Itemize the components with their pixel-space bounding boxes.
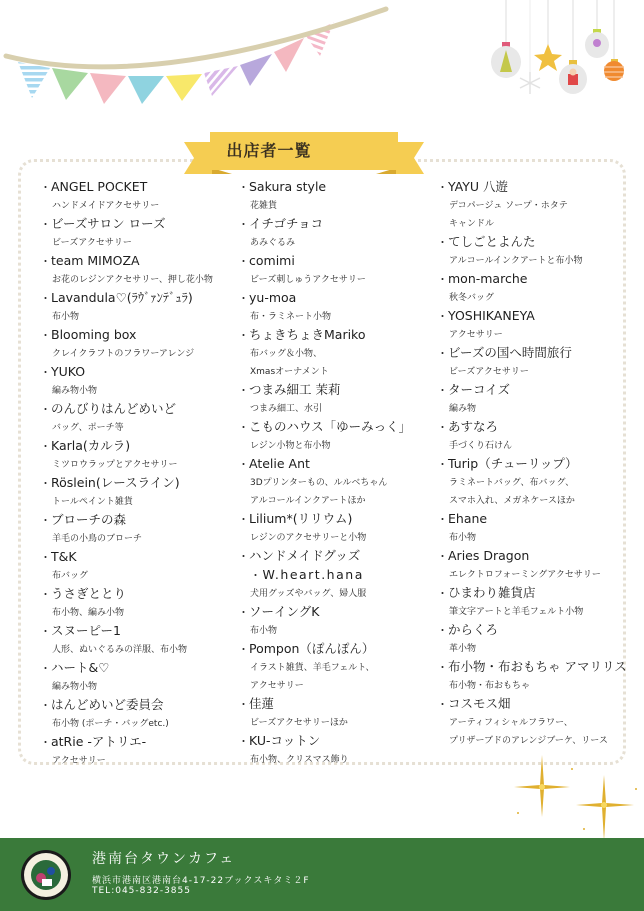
vendor-desc: 革小物	[437, 640, 637, 658]
list-item: 佳蓮ビーズアクセサリーほか	[238, 695, 438, 732]
vendor-name: ちょきちょきMariko	[238, 326, 438, 345]
vendor-desc: 花雑貨	[238, 197, 438, 215]
list-item: team MIMOZAお花のレジンアクセサリー、押し花小物	[40, 252, 240, 289]
list-item: Blooming boxクレイクラフトのフラワーアレンジ	[40, 326, 240, 363]
sparkle-icon	[514, 755, 634, 841]
vendor-name: ビーズの国へ時間旅行	[437, 344, 637, 363]
vendor-desc: 3Dプリンターもの、ルルベちゃん	[238, 474, 438, 492]
list-item: YAYU 八遊デコパージュ ソープ・ホタテキャンドル	[437, 178, 637, 233]
vendor-name: KU-コットン	[238, 732, 438, 751]
list-item: Karla(カルラ)ミツロウラップとアクセサリー	[40, 437, 240, 474]
vendor-desc: 布バッグ	[40, 567, 240, 585]
list-item: からくろ革小物	[437, 621, 637, 658]
list-item: Lavandula♡(ﾗｳﾞｧﾝﾃﾞｭﾗ)布小物	[40, 289, 240, 326]
list-item: ちょきちょきMariko布バッグ＆小物、Xmasオーナメント	[238, 326, 438, 381]
vendor-name: ビーズサロン ローズ	[40, 215, 240, 234]
vendor-name: からくろ	[437, 621, 637, 640]
footer: 港南台タウンカフェ 横浜市港南区港南台4-17-22ブックスキタミ２F TEL:…	[0, 838, 644, 911]
vendor-desc: Xmasオーナメント	[238, 363, 438, 381]
list-item: atRie -アトリエ-アクセサリー	[40, 733, 240, 770]
vendor-desc: 編み物	[437, 400, 637, 418]
vendor-name: ANGEL POCKET	[40, 178, 240, 197]
vendor-name: のんびりはんどめいど	[40, 400, 240, 419]
list-item: ANGEL POCKETハンドメイドアクセサリー	[40, 178, 240, 215]
vendor-desc: ビーズアクセサリーほか	[238, 714, 438, 732]
vendor-name: yu-moa	[238, 289, 438, 308]
vendor-desc: 秋冬バッグ	[437, 289, 637, 307]
vendor-desc: アクセサリー	[40, 752, 240, 770]
vendor-desc: レジンのアクセサリーと小物	[238, 529, 438, 547]
vendor-desc: アルコールインクアートほか	[238, 492, 438, 510]
vendor-desc: ラミネートバッグ、布バッグ、	[437, 474, 637, 492]
vendor-name: team MIMOZA	[40, 252, 240, 271]
vendor-desc: プリザーブドのアレンジブーケ、リース	[437, 732, 637, 750]
vendor-column-1: ANGEL POCKETハンドメイドアクセサリー ビーズサロン ローズビーズアク…	[40, 178, 240, 770]
vendor-name: てしごとよんた	[437, 233, 637, 252]
vendor-desc: 羊毛の小鳥のブローチ	[40, 530, 240, 548]
list-item: T&K布バッグ	[40, 548, 240, 585]
vendor-name: つまみ細工 茉莉	[238, 381, 438, 400]
list-item: スヌーピー1人形、ぬいぐるみの洋服、布小物	[40, 622, 240, 659]
list-item: ビーズの国へ時間旅行ビーズアクセサリー	[437, 344, 637, 381]
list-item: コスモス畑アーティフィシャルフラワー、プリザーブドのアレンジブーケ、リース	[437, 695, 637, 750]
list-item: ブローチの森羊毛の小鳥のブローチ	[40, 511, 240, 548]
list-item: ソーイングK布小物	[238, 603, 438, 640]
vendor-desc: アルコールインクアートと布小物	[437, 252, 637, 270]
vendor-name: Blooming box	[40, 326, 240, 345]
list-item: つまみ細工 茉莉つまみ細工、水引	[238, 381, 438, 418]
list-item: あすなろ手づくり石けん	[437, 418, 637, 455]
vendor-desc: レジン小物と布小物	[238, 437, 438, 455]
vendor-name: イチゴチョコ	[238, 215, 438, 234]
cafe-name: 港南台タウンカフェ	[92, 848, 235, 868]
vendor-name: はんどめいど委員会	[40, 696, 240, 715]
snowflake-icon	[520, 72, 540, 94]
vendor-name: あすなろ	[437, 418, 637, 437]
cafe-phone: TEL:045-832-3855	[92, 886, 191, 896]
vendor-name: YOSHIKANEYA	[437, 307, 637, 326]
vendor-desc: つまみ細工、水引	[238, 400, 438, 418]
vendor-desc: 布バッグ＆小物、	[238, 345, 438, 363]
vendor-name: こものハウス「ゆーみっく」	[238, 418, 438, 437]
vendor-desc: 手づくり石けん	[437, 437, 637, 455]
vendor-desc: 布小物	[238, 622, 438, 640]
list-item: comimiビーズ刺しゅうアクセサリー	[238, 252, 438, 289]
vendor-name: Röslein(レースライン)	[40, 474, 240, 493]
vendor-name: ハート&♡	[40, 659, 240, 678]
vendor-name: mon-marche	[437, 270, 637, 289]
vendor-name: 佳蓮	[238, 695, 438, 714]
list-item: ビーズサロン ローズビーズアクセサリー	[40, 215, 240, 252]
vendor-column-2: Sakura style花雑貨 イチゴチョコあみぐるみ comimiビーズ刺しゅ…	[238, 178, 438, 769]
vendor-name: ターコイズ	[437, 381, 637, 400]
vendor-name: ソーイングK	[238, 603, 438, 622]
vendor-desc: 布小物 (ポーチ・バッグetc.)	[40, 715, 240, 733]
list-item: Ehane布小物	[437, 510, 637, 547]
vendor-name: ブローチの森	[40, 511, 240, 530]
vendor-desc: ハンドメイドアクセサリー	[40, 197, 240, 215]
vendor-desc: イラスト雑貨、羊毛フェルト、	[238, 659, 438, 677]
vendor-desc: トールペイント雑貨	[40, 493, 240, 511]
vendor-column-3: YAYU 八遊デコパージュ ソープ・ホタテキャンドル てしごとよんたアルコールイ…	[437, 178, 637, 750]
list-item: ハンドメイドグッズW.heart.hana犬用グッズやバッグ、婦人服	[238, 547, 438, 603]
vendor-desc: バッグ、ポーチ等	[40, 419, 240, 437]
vendor-desc: デコパージュ ソープ・ホタテ	[437, 197, 637, 215]
vendor-name: comimi	[238, 252, 438, 271]
list-item: ひまわり雑貨店筆文字アートと羊毛フェルト小物	[437, 584, 637, 621]
list-item: ターコイズ編み物	[437, 381, 637, 418]
vendor-name: YAYU 八遊	[437, 178, 637, 197]
vendor-name: 布小物・布おもちゃ アマリリス	[437, 658, 637, 677]
list-item: イチゴチョコあみぐるみ	[238, 215, 438, 252]
vendor-name: Turip（チューリップ）	[437, 455, 637, 474]
vendor-desc: 布小物	[437, 529, 637, 547]
list-item: YUKO編み物小物	[40, 363, 240, 400]
list-item: Atelie Ant3Dプリンターもの、ルルベちゃんアルコールインクアートほか	[238, 455, 438, 510]
list-item: ハート&♡編み物小物	[40, 659, 240, 696]
vendor-desc: お花のレジンアクセサリー、押し花小物	[40, 271, 240, 289]
vendor-desc: 布・ラミネート小物	[238, 308, 438, 326]
vendor-name: ひまわり雑貨店	[437, 584, 637, 603]
vendor-name: atRie -アトリエ-	[40, 733, 240, 752]
vendor-desc: 布小物、編み小物	[40, 604, 240, 622]
vendor-name: コスモス畑	[437, 695, 637, 714]
list-item: こものハウス「ゆーみっく」レジン小物と布小物	[238, 418, 438, 455]
list-item: Sakura style花雑貨	[238, 178, 438, 215]
vendor-name: Atelie Ant	[238, 455, 438, 474]
list-item: Pompon（ぽんぽん）イラスト雑貨、羊毛フェルト、アクセサリー	[238, 640, 438, 695]
vendor-name: Sakura style	[238, 178, 438, 197]
list-item: YOSHIKANEYAアクセサリー	[437, 307, 637, 344]
bunting-decoration	[0, 0, 400, 110]
list-item: のんびりはんどめいどバッグ、ポーチ等	[40, 400, 240, 437]
vendor-desc: 布小物	[40, 308, 240, 326]
vendor-name: うさぎととり	[40, 585, 240, 604]
vendor-desc: 筆文字アートと羊毛フェルト小物	[437, 603, 637, 621]
vendor-desc: 編み物小物	[40, 382, 240, 400]
list-item: mon-marche秋冬バッグ	[437, 270, 637, 307]
vendor-desc: 犬用グッズやバッグ、婦人服	[238, 585, 438, 603]
vendor-desc: 人形、ぬいぐるみの洋服、布小物	[40, 641, 240, 659]
list-item: yu-moa布・ラミネート小物	[238, 289, 438, 326]
vendor-desc: 布小物・布おもちゃ	[437, 677, 637, 695]
vendor-name: Karla(カルラ)	[40, 437, 240, 456]
vendor-desc: クレイクラフトのフラワーアレンジ	[40, 345, 240, 363]
list-item: Röslein(レースライン)トールペイント雑貨	[40, 474, 240, 511]
vendor-desc: スマホ入れ、メガネケースほか	[437, 492, 637, 510]
list-item: てしごとよんたアルコールインクアートと布小物	[437, 233, 637, 270]
vendor-name: YUKO	[40, 363, 240, 382]
vendor-name: スヌーピー1	[40, 622, 240, 641]
list-item: 布小物・布おもちゃ アマリリス布小物・布おもちゃ	[437, 658, 637, 695]
list-item: Aries Dragonエレクトロフォーミングアクセサリー	[437, 547, 637, 584]
vendor-name: Lilium*(リリウム)	[238, 510, 438, 529]
vendor-desc: あみぐるみ	[238, 234, 438, 252]
vendor-name-line2: W.heart.hana	[238, 566, 438, 585]
cafe-address: 横浜市港南区港南台4-17-22ブックスキタミ２F	[92, 873, 310, 886]
vendor-name: ハンドメイドグッズ	[238, 547, 438, 566]
vendor-name: Pompon（ぽんぽん）	[238, 640, 438, 659]
page-title: 出店者一覧	[210, 133, 328, 165]
vendor-name: Aries Dragon	[437, 547, 637, 566]
vendor-desc: ビーズアクセサリー	[40, 234, 240, 252]
vendor-desc: ミツロウラップとアクセサリー	[40, 456, 240, 474]
vendor-name: Lavandula♡(ﾗｳﾞｧﾝﾃﾞｭﾗ)	[40, 289, 240, 308]
vendor-desc: アーティフィシャルフラワー、	[437, 714, 637, 732]
list-item: うさぎととり布小物、編み小物	[40, 585, 240, 622]
vendor-desc: アクセサリー	[437, 326, 637, 344]
vendor-desc: ビーズアクセサリー	[437, 363, 637, 381]
list-item: Turip（チューリップ）ラミネートバッグ、布バッグ、スマホ入れ、メガネケースほ…	[437, 455, 637, 510]
sparkle-decoration	[510, 755, 644, 845]
town-cafe-logo	[20, 849, 72, 901]
vendor-desc: エレクトロフォーミングアクセサリー	[437, 566, 637, 584]
vendor-desc: キャンドル	[437, 215, 637, 233]
list-item: KU-コットン布小物、クリスマス飾り	[238, 732, 438, 769]
vendor-desc: アクセサリー	[238, 677, 438, 695]
christmas-ornaments	[480, 0, 644, 110]
vendor-desc: 編み物小物	[40, 678, 240, 696]
vendor-desc: 布小物、クリスマス飾り	[238, 751, 438, 769]
vendor-name: T&K	[40, 548, 240, 567]
vendor-name: Ehane	[437, 510, 637, 529]
list-item: Lilium*(リリウム)レジンのアクセサリーと小物	[238, 510, 438, 547]
vendor-desc: ビーズ刺しゅうアクセサリー	[238, 271, 438, 289]
list-item: はんどめいど委員会布小物 (ポーチ・バッグetc.)	[40, 696, 240, 733]
